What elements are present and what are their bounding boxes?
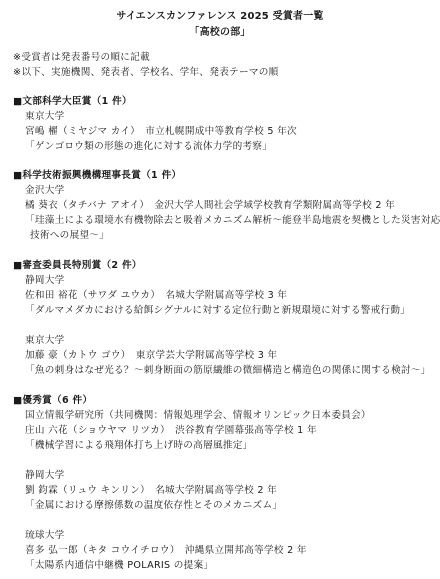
entry-institution: 静岡大学 xyxy=(25,470,65,482)
entry-theme: 「ゲンゴロウ類の形態の進化に対する流体力学的考察」 xyxy=(25,141,272,153)
entry-theme: 「機械学習による飛翔体打ち上げ時の高層風推定」 xyxy=(25,440,253,452)
section-heading-jst-award: ■科学技術振興機構理事長賞（1 件） xyxy=(13,170,181,182)
entry-institution: 琉球大学 xyxy=(25,530,65,542)
entry-presenter: 劉 鈞霖（リュウ キンリン） 名城大学附属高等学校 2 年 xyxy=(25,485,277,497)
entry-presenter: 喜多 弘一郎（キタ コウイチロウ） 沖縄県立開邦高等学校 2 年 xyxy=(25,545,307,557)
entry-theme: 「金属における摩擦係数の温度依存性とそのメカニズム」 xyxy=(25,500,282,512)
entry-theme-continued: 技術への展望～」 xyxy=(30,230,109,242)
document-title: サイエンスカンファレンス 2025 受賞者一覧 xyxy=(0,7,440,22)
entry-presenter: 橘 葵衣（タチバナ アオイ） 金沢大学人間社会学域学校教育学類附属高等学校 2 … xyxy=(25,200,395,212)
entry-theme: 「太陽系内通信中継機 POLARIS の提案」 xyxy=(25,560,213,572)
entry-theme: 「魚の刺身はなぜ光る？～刺身断面の筋原繊維の微細構造と構造色の関係に関する検討～… xyxy=(25,365,431,377)
entry-presenter: 加藤 豪（カトウ ゴウ） 東京学芸大学附属高等学校 3 年 xyxy=(25,350,277,362)
section-heading-minister-award: ■文部科学大臣賞（1 件） xyxy=(13,96,132,108)
entry-institution: 静岡大学 xyxy=(25,275,65,287)
note-order: ※受賞者は発表番号の順に記載 xyxy=(13,52,150,64)
section-heading-excellence-award: ■優秀賞（6 件） xyxy=(13,395,92,407)
section-heading-judge-special-award: ■審査委員長特別賞（2 件） xyxy=(13,260,142,272)
entry-institution: 金沢大学 xyxy=(25,185,65,197)
entry-theme: 「ダルマメダカにおける給餌シグナルに対する定位行動と新規環境に対する警戒行動」 xyxy=(25,305,410,317)
entry-theme: 「珪藻土による環境水有機物除去と吸着メカニズム解析～能登半島地震を契機とした災害… xyxy=(25,215,440,227)
entry-presenter: 庄山 六花（ショウヤマ リツカ） 渋谷教育学園幕張高等学校 1 年 xyxy=(25,425,317,437)
entry-presenter: 宮嶋 櫂（ミヤジマ カイ） 市立札幌開成中等教育学校 5 年次 xyxy=(25,126,297,138)
note-fields: ※以下、実施機関、発表者、学校名、学年、発表テーマの順 xyxy=(13,67,279,79)
entry-institution: 東京大学 xyxy=(25,111,65,123)
entry-institution: 国立情報学研究所（共同機関：情報処理学会、情報オリンピック日本委員会） xyxy=(25,410,371,422)
entry-presenter: 佐和田 裕花（サワダ ユウカ） 名城大学附属高等学校 3 年 xyxy=(25,290,287,302)
entry-institution: 東京大学 xyxy=(25,335,65,347)
document-subtitle: 「高校の部」 xyxy=(0,23,440,38)
